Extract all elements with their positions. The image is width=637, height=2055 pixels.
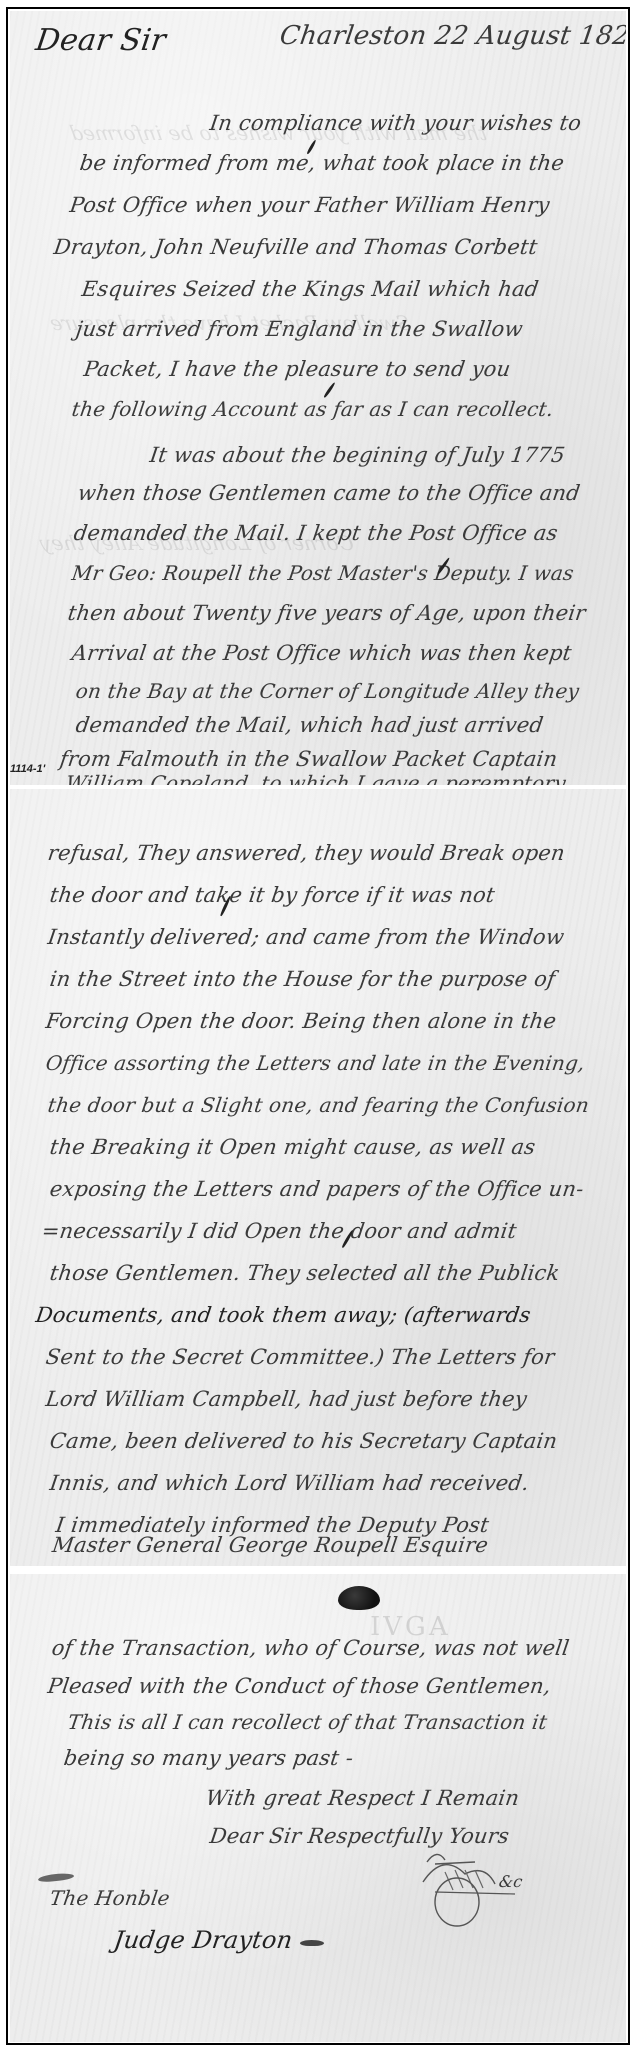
letter-line: Packet, I have the pleasure to send you (82, 357, 512, 381)
dateline: Charleston 22 August 1820 (278, 21, 626, 51)
addressee-title: The Honble (48, 1886, 171, 1910)
letter-line: Drayton, John Neufville and Thomas Corbe… (52, 235, 539, 259)
letter-line: on the Bay at the Corner of Longitude Al… (74, 679, 581, 703)
ink-flourish (38, 1872, 75, 1883)
letter-line: be informed from me, what took place in … (78, 151, 566, 175)
letter-line: Forcing Open the door. Being then alone … (44, 1009, 558, 1033)
letter-line: =necessarily I did Open the door and adm… (40, 1219, 518, 1243)
letter-line: just arrived from England in the Swallow (74, 317, 524, 341)
letter-line: Office assorting the Letters and late in… (44, 1051, 586, 1075)
letter-line: the door and take it by force if it was … (48, 883, 496, 907)
letter-line: Came, been delivered to his Secretary Ca… (48, 1429, 559, 1453)
letter-page-3: IVGA of the Transaction, who of Course, … (10, 1574, 626, 2042)
letter-line: Esquires Seized the Kings Mail which had (80, 277, 540, 301)
ink-mark (300, 1940, 324, 1946)
letter-line: In compliance with your wishes to (208, 111, 583, 135)
salutation: Dear Sir (34, 23, 169, 58)
letter-line: being so many years past - (62, 1746, 355, 1770)
letter-line: Instantly delivered; and came from the W… (46, 925, 565, 949)
letter-line: Documents, and took them away; (afterwar… (34, 1303, 532, 1327)
letter-line: exposing the Letters and papers of the O… (48, 1177, 585, 1201)
letter-line: the following Account as far as I can re… (70, 397, 555, 421)
addressee-name: Judge Drayton (112, 1926, 294, 1954)
letter-line: in the Street into the House for the pur… (48, 967, 557, 991)
letter-line: when those Gentlemen came to the Office … (76, 481, 581, 505)
letter-line: of the Transaction, who of Course, was n… (50, 1636, 571, 1660)
letter-line: Arrival at the Post Office which was the… (70, 641, 573, 665)
letter-line: Pleased with the Conduct of those Gentle… (46, 1674, 552, 1698)
letter-line: those Gentlemen. They selected all the P… (48, 1261, 561, 1285)
ink-mark (323, 382, 336, 398)
letter-line: then about Twenty five years of Age, upo… (66, 601, 587, 625)
closing-line: With great Respect I Remain (204, 1786, 521, 1810)
letter-line: Lord William Campbell, had just before t… (44, 1387, 528, 1411)
letter-line: William Copeland, to which I gave a pere… (64, 771, 567, 785)
letter-line: Master General George Roupell Esquire (51, 1533, 490, 1557)
letter-line: Mr Geo: Roupell the Post Master's Deputy… (70, 561, 575, 585)
letter-page-2: refusal, They answered, they would Break… (10, 789, 626, 1566)
letter-line: This is all I can recollect of that Tran… (66, 1710, 548, 1734)
letter-line: demanded the Mail, which had just arrive… (74, 713, 545, 737)
letter-line: Innis, and which Lord William had receiv… (48, 1471, 530, 1495)
document-frame: the mail with your wishes to be informed… (6, 7, 630, 2045)
archive-label: 1114-1' (10, 763, 45, 775)
letter-line: the door but a Slight one, and fearing t… (46, 1093, 590, 1117)
signature-etc: &c (498, 1872, 524, 1891)
letter-line: the Breaking it Open might cause, as wel… (48, 1135, 537, 1159)
letter-line: Post Office when your Father William Hen… (68, 193, 551, 217)
letter-line: refusal, They answered, they would Break… (46, 841, 566, 865)
signature: &c (415, 1842, 525, 1937)
letter-line: from Falmouth in the Swallow Packet Capt… (58, 747, 559, 771)
wax-seal (338, 1586, 380, 1610)
letter-line: demanded the Mail. I kept the Post Offic… (72, 521, 559, 545)
letter-page-1: the mail with your wishes to be informed… (10, 11, 626, 785)
letter-line: It was about the begining of July 1775 (148, 443, 566, 467)
letter-line: Sent to the Secret Committee.) The Lette… (44, 1345, 556, 1369)
